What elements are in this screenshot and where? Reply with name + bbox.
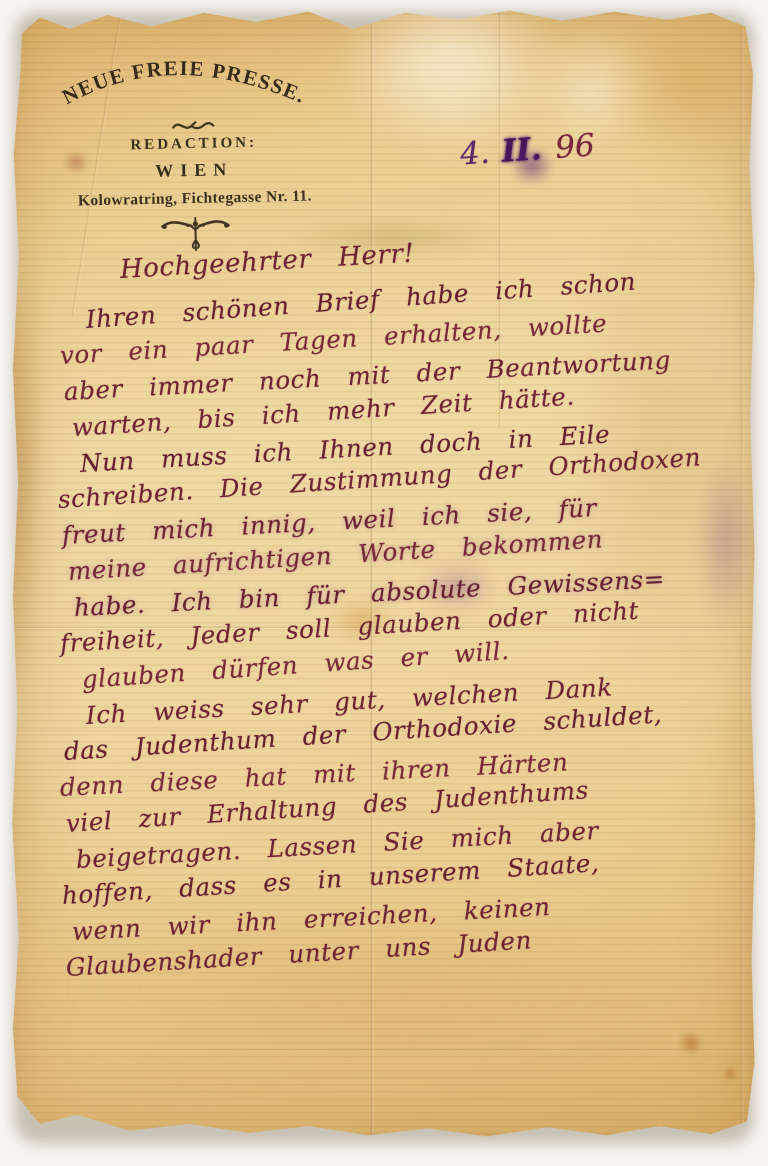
letterhead-redaction: REDACTION: <box>62 133 326 156</box>
svg-text:NEUE FREIE PRESSE.: NEUE FREIE PRESSE. <box>60 55 310 113</box>
flourish-ornament-icon <box>171 118 215 135</box>
handwritten-date: 4.II.96 <box>459 127 596 172</box>
letter-body: Hochgeehrter Herr! Ihren schönen Brief h… <box>58 252 730 986</box>
stain-left-edge-streak <box>0 246 42 706</box>
crease-vertical-far-right <box>740 6 744 1142</box>
ink-smudge-date <box>508 144 557 187</box>
letterhead-title-text: NEUE FREIE PRESSE. <box>60 55 310 113</box>
letterhead-address: Kolowratring, Fichtegasse Nr. 11. <box>63 187 327 211</box>
letterhead-city: WIEN <box>62 157 326 184</box>
letter-paper: NEUE FREIE PRESSE. REDACTION: WIEN Kolow… <box>10 6 756 1142</box>
rust-spot-bottom-right-1 <box>678 1030 704 1056</box>
date-year: 96 <box>554 127 596 166</box>
date-day: 4. <box>459 135 491 173</box>
letterhead: NEUE FREIE PRESSE. REDACTION: WIEN Kolow… <box>60 55 328 258</box>
crease-horizontal-bottom <box>10 1048 756 1051</box>
letterhead-arched-title: NEUE FREIE PRESSE. <box>60 55 325 127</box>
rust-spot-bottom-right-2 <box>722 1066 738 1082</box>
letter-scan: NEUE FREIE PRESSE. REDACTION: WIEN Kolow… <box>0 0 768 1166</box>
stain-top-right-tan <box>610 0 768 176</box>
